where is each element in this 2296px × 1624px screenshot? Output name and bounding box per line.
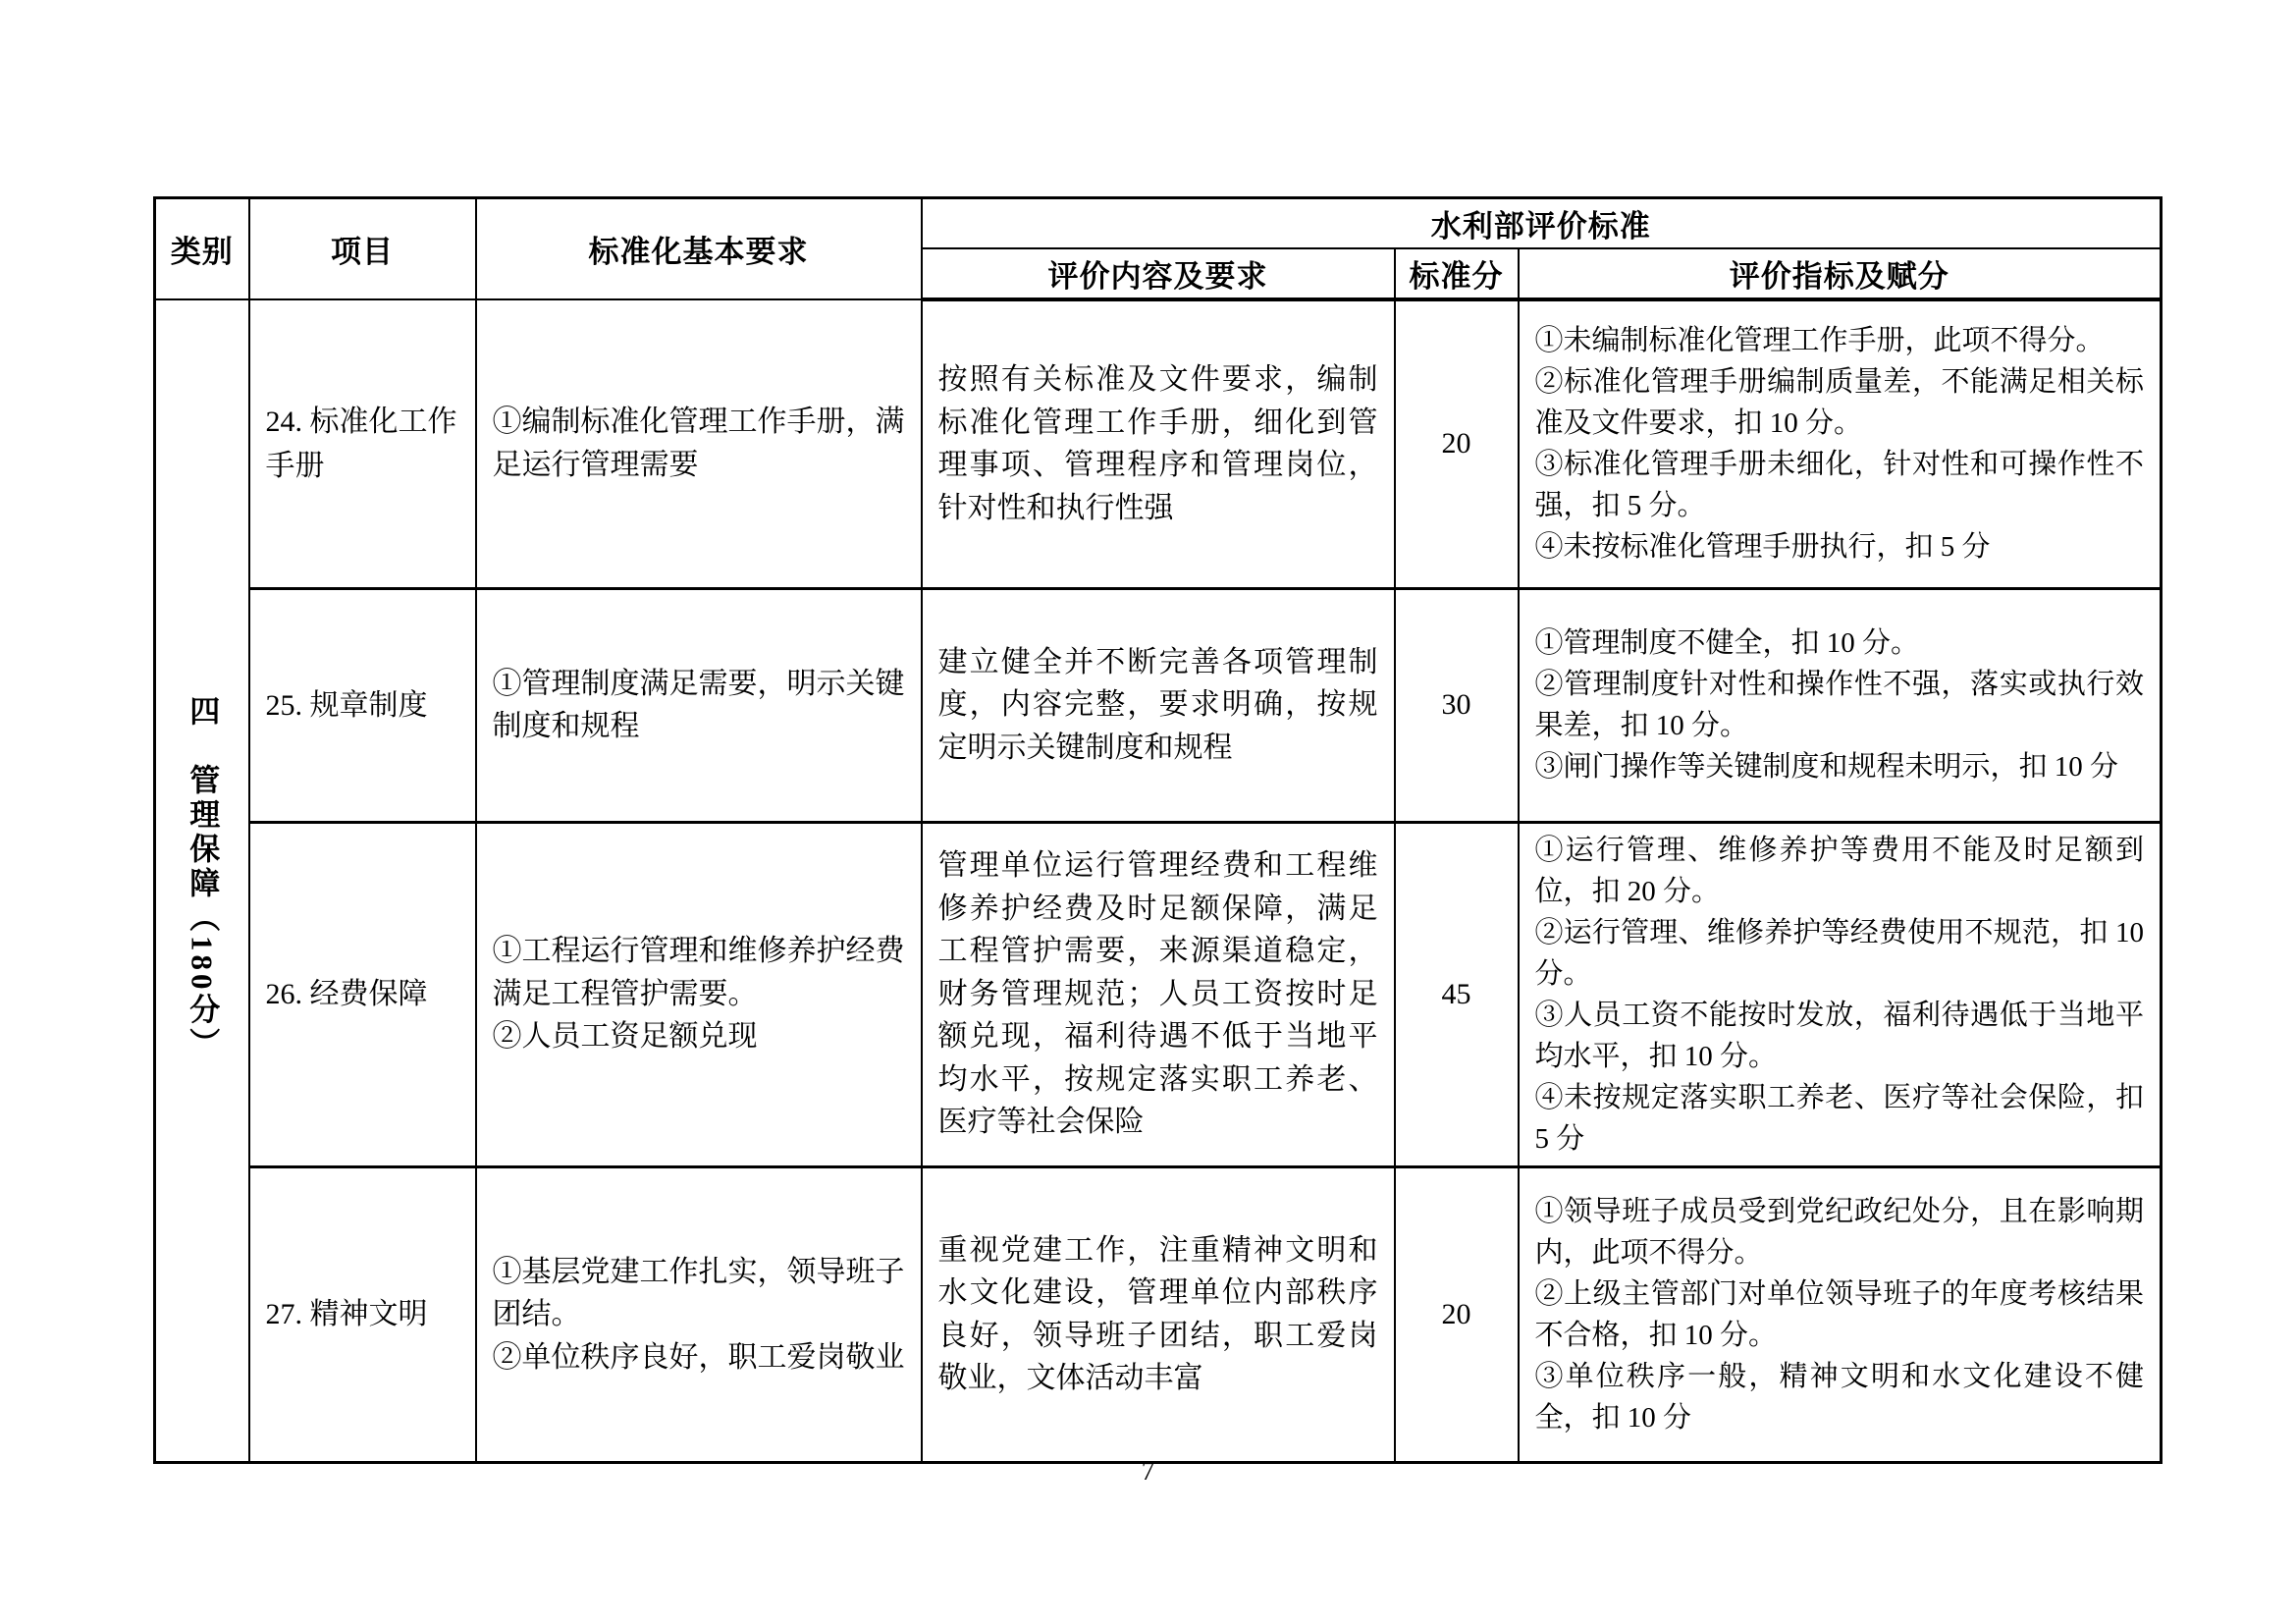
category-label: 四 管理保障（180分） [187, 695, 217, 1062]
table-row: 四 管理保障（180分） 24. 标准化工作手册 ①编制标准化管理工作手册，满足… [155, 299, 2162, 588]
score-cell: 20 [1395, 299, 1519, 588]
table-row: 26. 经费保障 ①工程运行管理和维修养护经费满足工程管护需要。 ②人员工资足额… [155, 822, 2162, 1166]
item-cell: 25. 规章制度 [249, 588, 476, 822]
indicators-cell: ①管理制度不健全，扣 10 分。 ②管理制度针对性和操作性不强，落实或执行效果差… [1519, 588, 2162, 822]
table-row: 25. 规章制度 ①管理制度满足需要，明示关键制度和规程 建立健全并不断完善各项… [155, 588, 2162, 822]
table-row: 27. 精神文明 ①基层党建工作扎实，领导班子团结。 ②单位秩序良好，职工爱岗敬… [155, 1166, 2162, 1462]
score-cell: 45 [1395, 822, 1519, 1166]
item-cell: 26. 经费保障 [249, 822, 476, 1166]
header-item: 项目 [249, 198, 476, 300]
indicators-cell: ①未编制标准化管理工作手册，此项不得分。 ②标准化管理手册编制质量差，不能满足相… [1519, 299, 2162, 588]
eval-content-cell: 按照有关标准及文件要求，编制标准化管理工作手册，细化到管理事项、管理程序和管理岗… [922, 299, 1395, 588]
header-basic-requirements: 标准化基本要求 [476, 198, 922, 300]
basic-req-cell: ①管理制度满足需要，明示关键制度和规程 [476, 588, 922, 822]
eval-content-cell: 建立健全并不断完善各项管理制度，内容完整，要求明确，按规定明示关键制度和规程 [922, 588, 1395, 822]
page-number: 7 [0, 1456, 2296, 1487]
basic-req-cell: ①编制标准化管理工作手册，满足运行管理需要 [476, 299, 922, 588]
header-eval-content: 评价内容及要求 [922, 248, 1395, 299]
item-cell: 27. 精神文明 [249, 1166, 476, 1462]
header-ministry-standard: 水利部评价标准 [922, 198, 2162, 249]
basic-req-cell: ①基层党建工作扎实，领导班子团结。 ②单位秩序良好，职工爱岗敬业 [476, 1166, 922, 1462]
eval-content-cell: 管理单位运行管理经费和工程维修养护经费及时足额保障，满足工程管护需要，来源渠道稳… [922, 822, 1395, 1166]
score-cell: 20 [1395, 1166, 1519, 1462]
basic-req-cell: ①工程运行管理和维修养护经费满足工程管护需要。 ②人员工资足额兑现 [476, 822, 922, 1166]
evaluation-standards-table: 类别 项目 标准化基本要求 水利部评价标准 评价内容及要求 标准分 评价指标及赋… [153, 196, 2163, 1464]
eval-content-cell: 重视党建工作，注重精神文明和水文化建设，管理单位内部秩序良好，领导班子团结，职工… [922, 1166, 1395, 1462]
score-cell: 30 [1395, 588, 1519, 822]
header-row-top: 类别 项目 标准化基本要求 水利部评价标准 [155, 198, 2162, 249]
header-standard-score: 标准分 [1395, 248, 1519, 299]
header-category: 类别 [155, 198, 249, 300]
indicators-cell: ①领导班子成员受到党纪政纪处分，且在影响期内，此项不得分。 ②上级主管部门对单位… [1519, 1166, 2162, 1462]
indicators-cell: ①运行管理、维修养护等费用不能及时足额到位，扣 20 分。 ②运行管理、维修养护… [1519, 822, 2162, 1166]
document-page: 类别 项目 标准化基本要求 水利部评价标准 评价内容及要求 标准分 评价指标及赋… [0, 0, 2296, 1624]
item-cell: 24. 标准化工作手册 [249, 299, 476, 588]
header-eval-indicator: 评价指标及赋分 [1519, 248, 2162, 299]
category-cell: 四 管理保障（180分） [155, 299, 249, 1462]
